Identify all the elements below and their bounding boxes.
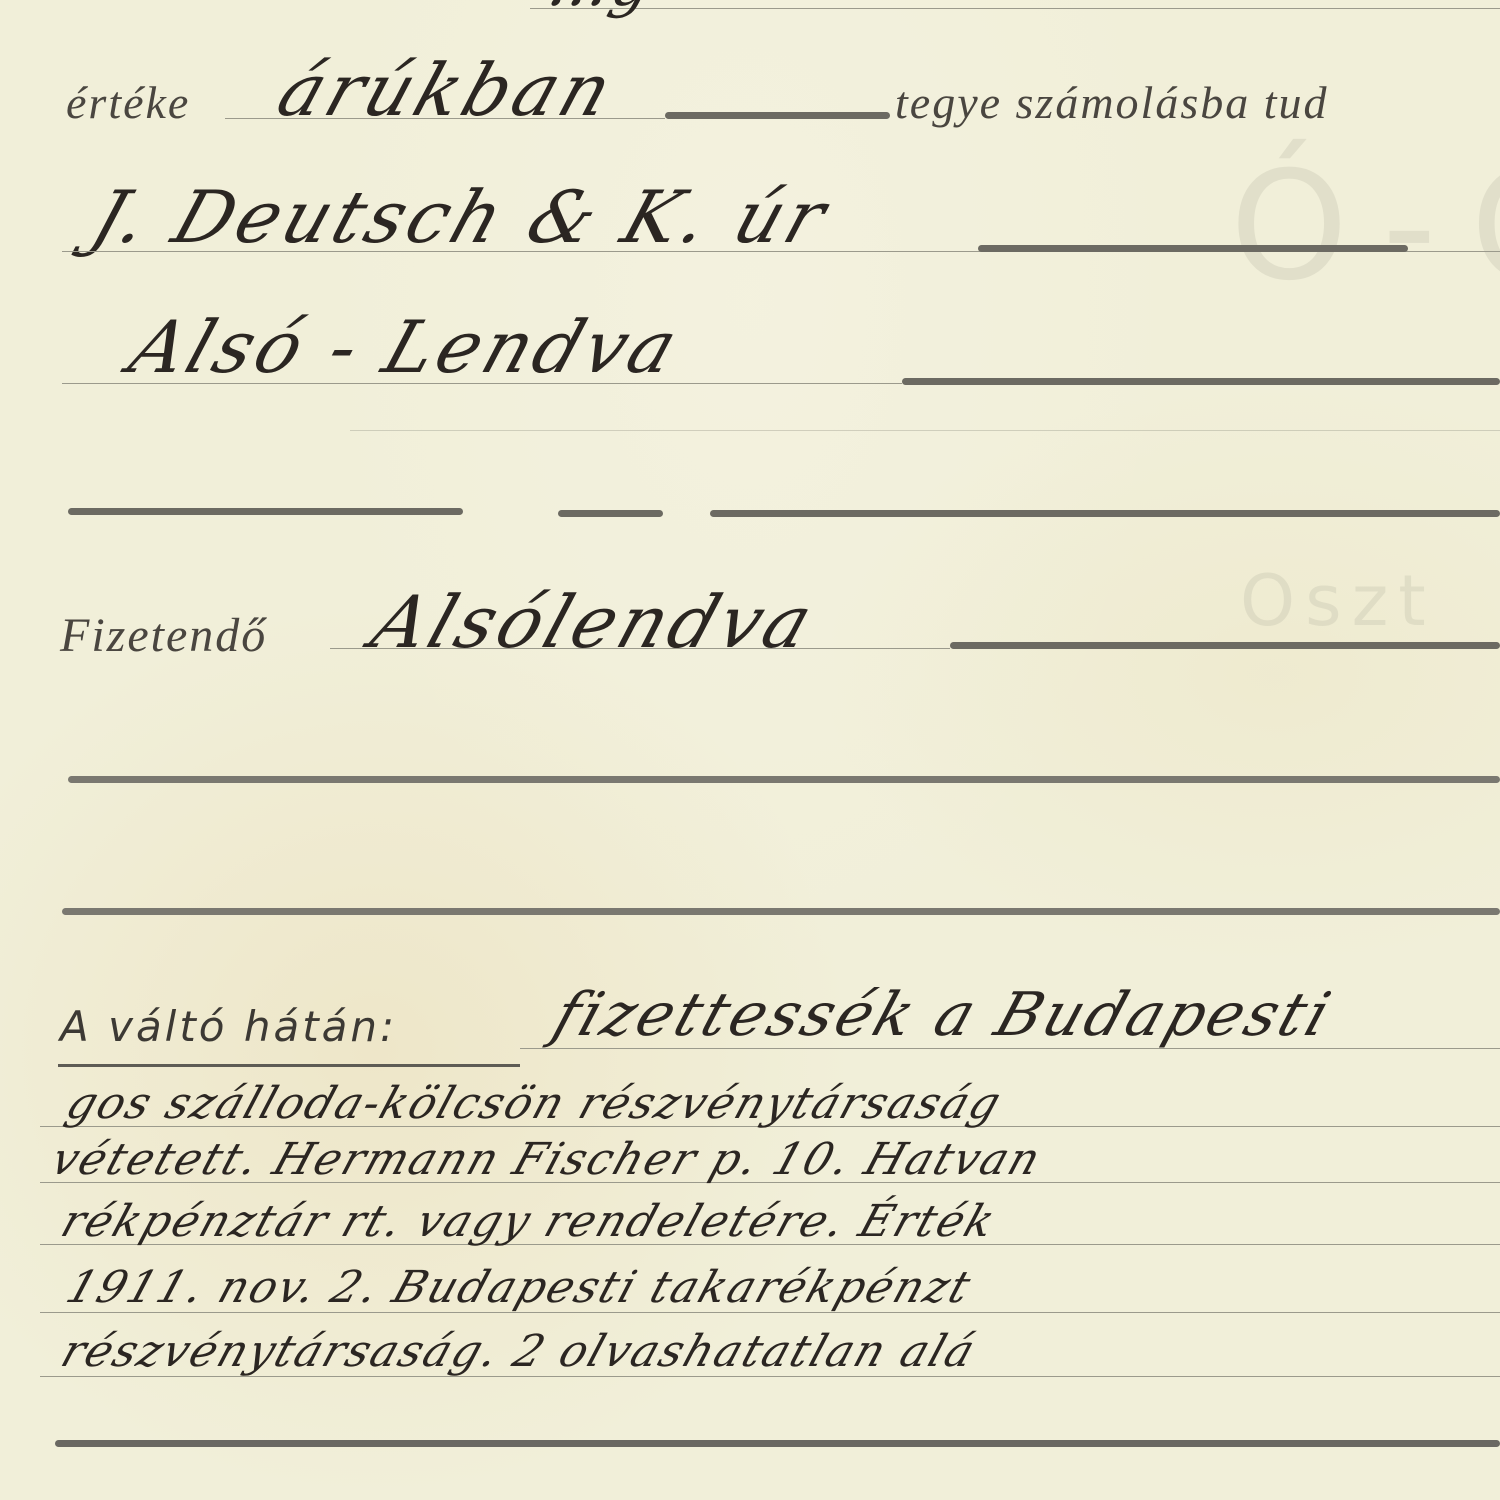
- top-handwriting-fragment: …g: [540, 0, 667, 20]
- back-line-5: 1911. nov. 2. Budapesti takarékpénzt: [60, 1262, 978, 1313]
- blank-rule-1c: [710, 510, 1500, 517]
- label-a-valto-hatan: A váltó hátán:: [60, 1002, 397, 1051]
- place-rule-thick: [902, 378, 1500, 385]
- place-rule-faint: [350, 430, 1500, 431]
- place-rule-thin: [62, 383, 902, 384]
- payable-rule-thin: [330, 648, 950, 649]
- label-erteke: értéke: [66, 76, 190, 129]
- watermark-top: Ó-OVÓ: [1230, 140, 1500, 314]
- document-page: Ó-OVÓ Oszt …g értéke árúkban tegye számo…: [0, 0, 1500, 1500]
- payable-rule-thick: [950, 642, 1500, 649]
- value-rule-thin: [225, 118, 665, 119]
- handwritten-payable-place: Alsólendva: [362, 580, 826, 664]
- empty-rule-3: [62, 908, 1500, 915]
- blank-rule-1b: [558, 510, 663, 517]
- empty-rule-2: [68, 776, 1500, 783]
- value-rule-thick: [665, 112, 890, 119]
- watermark-mid: Oszt: [1240, 560, 1436, 642]
- handwritten-value-goods: árúkban: [268, 48, 626, 132]
- label-tegye-szamolasba: tegye számolásba tud: [895, 76, 1329, 129]
- handwritten-payee: J. Deutsch & K. úr: [82, 175, 840, 259]
- top-rule: [530, 8, 1500, 9]
- back-label-underline: [58, 1064, 520, 1067]
- back-line-6: részvénytársaság. 2 olvashatatlan alá: [55, 1326, 983, 1377]
- back-line-4: rékpénztár rt. vagy rendeletére. Érték: [55, 1196, 1003, 1247]
- payee-rule-thick: [978, 245, 1408, 252]
- back-line-3: vétetett. Hermann Fischer p. 10. Hatvan: [45, 1134, 1048, 1185]
- back-line-1: fizettessék a Budapesti: [545, 980, 1341, 1050]
- back-line-2: gos szálloda-kölcsön részvénytársaság: [60, 1078, 1009, 1129]
- blank-rule-1a: [68, 508, 463, 515]
- bottom-rule: [55, 1440, 1500, 1447]
- label-fizetendo: Fizetendő: [60, 608, 267, 663]
- handwritten-place: Alsó - Lendva: [120, 305, 691, 389]
